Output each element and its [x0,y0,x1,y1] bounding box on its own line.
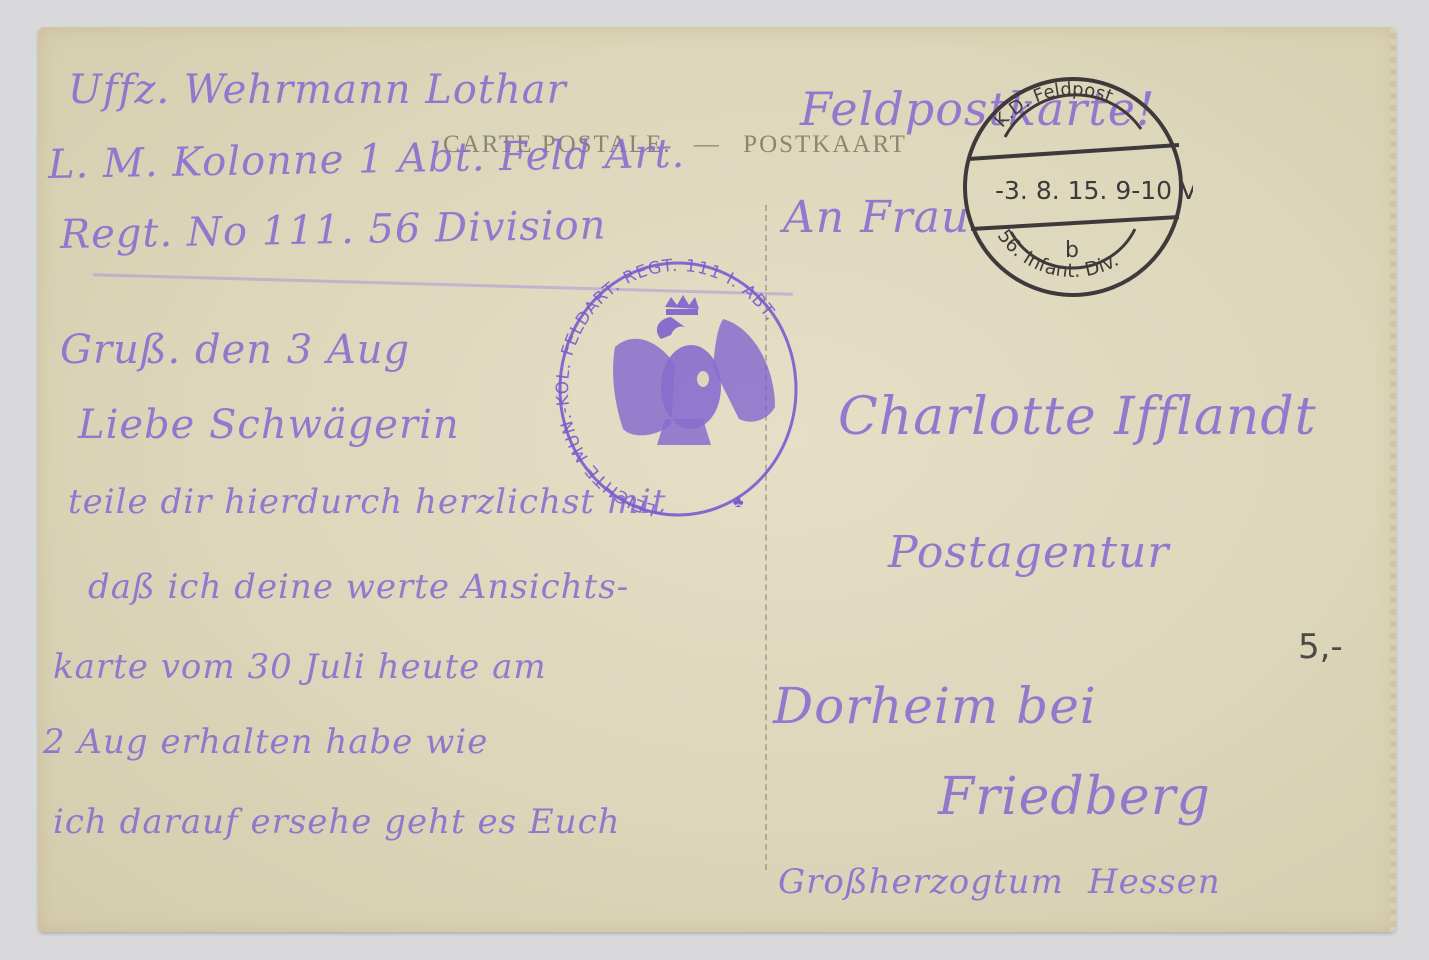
postmark-top-text: K.D. Feldpost [990,79,1115,132]
address-line-5-left: Großherzogtum [778,862,1064,902]
message-line-1: Gruß. den 3 Aug [60,327,410,373]
header-dash: — [694,131,721,159]
postmark-date: -3. 8. 15. 9-10 V [995,176,1193,205]
clover-ornament-icon: ♣ [733,494,744,511]
sender-line-1: Uffz. Wehrmann Lothar [68,67,567,113]
message-line-5: karte vom 30 Juli heute am [53,647,547,687]
address-line-3: Dorheim bei [773,677,1097,735]
message-line-2: Liebe Schwägerin [78,402,460,448]
pencil-price-note: 5,- [1298,627,1343,667]
svg-text:56. Infant. Div.: 56. Infant. Div. [993,225,1123,282]
postmark: K.D. Feldpost -3. 8. 15. 9-10 V b 56. In… [953,67,1193,307]
postmark-letter: b [1065,238,1079,263]
postmark-bottom-text: 56. Infant. Div. [993,225,1123,282]
unit-stamp: LEICHTE MUN.-KOL. FELDART. REGT. 111 I. … [553,249,803,529]
message-line-4: daß ich deine werte Ansichts- [88,567,629,607]
message-line-6: 2 Aug erhalten habe wie [43,722,488,762]
svg-text:K.D. Feldpost: K.D. Feldpost [990,79,1115,132]
message-line-7: ich darauf ersehe geht es Euch [53,802,621,842]
postcard: CARTE POSTALE. — POSTKAART Uffz. Wehrman… [38,27,1396,932]
eagle-icon [613,295,775,445]
sender-line-2: L. M. Kolonne 1 Abt. Feld Art. [48,131,686,188]
address-line-4: Friedberg [938,767,1211,827]
address-line-5-right: Hessen [1088,862,1221,902]
address-line-2: Postagentur [888,527,1169,578]
salutation-an: An [783,192,845,243]
sender-line-3: Regt. No 111. 56 Division [60,202,607,258]
addressee-name: Charlotte Ifflandt [838,387,1317,447]
address-salutation: An Frau [783,192,970,243]
